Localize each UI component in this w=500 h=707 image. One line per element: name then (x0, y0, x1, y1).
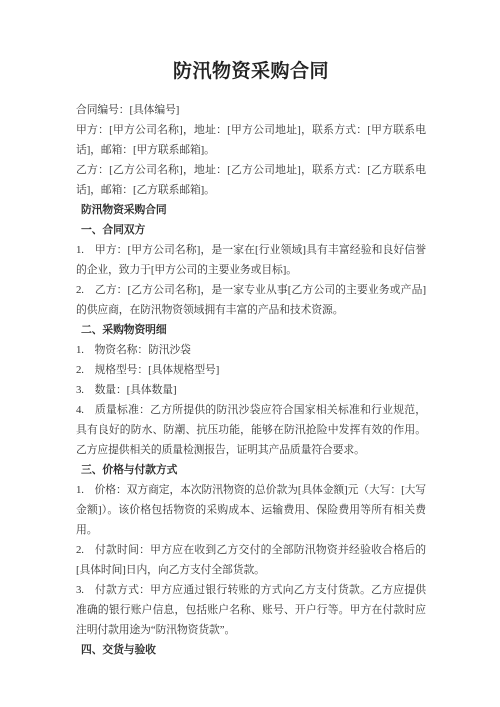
clause-party-a: 1. 甲方：[甲方公司名称]，是一家在[行业领域]具有丰富经验和良好信誉的企业，… (76, 240, 426, 280)
clause-quantity: 3. 数量：[具体数量] (76, 380, 426, 400)
clause-price: 1. 价格：双方商定，本次防汛物资的总价款为[具体金额]元（大写：[大写金额]）… (76, 480, 426, 540)
clause-payment-method: 3. 付款方式：甲方应通过银行转账的方式向乙方支付货款。乙方应提供准确的银行账户… (76, 580, 426, 640)
contract-number-line: 合同编号：[具体编号] (76, 100, 426, 120)
clause-party-b: 2. 乙方：[乙方公司名称]，是一家专业从事[乙方公司的主要业务或产品]的供应商… (76, 280, 426, 320)
party-a-info: 甲方：[甲方公司名称]，地址：[甲方公司地址]，联系方式：[甲方联系电话]，邮箱… (76, 120, 426, 160)
section-heading-parties: 一、合同双方 (76, 220, 426, 240)
clause-material-name: 1. 物资名称：防汛沙袋 (76, 340, 426, 360)
section-heading-delivery-acceptance: 四、交货与验收 (76, 640, 426, 660)
contract-subtitle: 防汛物资采购合同 (76, 200, 426, 220)
document-body: 合同编号：[具体编号] 甲方：[甲方公司名称]，地址：[甲方公司地址]，联系方式… (76, 100, 426, 660)
section-heading-materials: 二、采购物资明细 (76, 320, 426, 340)
document-page: 防汛物资采购合同 合同编号：[具体编号] 甲方：[甲方公司名称]，地址：[甲方公… (0, 0, 500, 707)
party-b-info: 乙方：[乙方公司名称]，地址：[乙方公司地址]，联系方式：[乙方联系电话]，邮箱… (76, 160, 426, 200)
clause-payment-time: 2. 付款时间：甲方应在收到乙方交付的全部防汛物资并经验收合格后的[具体时间]日… (76, 540, 426, 580)
clause-specification: 2. 规格型号：[具体规格型号] (76, 360, 426, 380)
document-title: 防汛物资采购合同 (76, 58, 426, 85)
section-heading-price-payment: 三、价格与付款方式 (76, 460, 426, 480)
clause-quality-standard: 4. 质量标准：乙方所提供的防汛沙袋应符合国家相关标准和行业规范，具有良好的防水… (76, 400, 426, 460)
